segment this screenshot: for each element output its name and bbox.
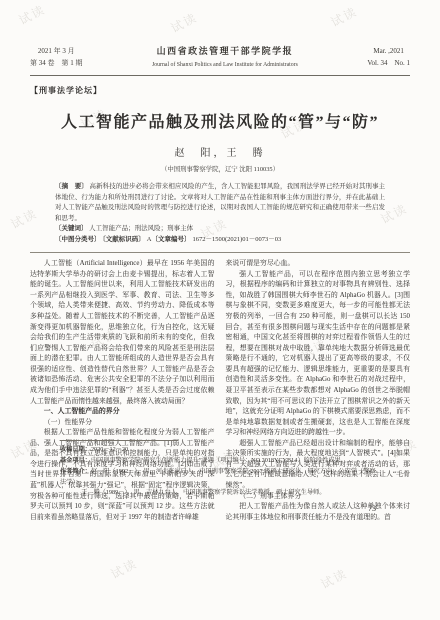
journal-name-block: 山西省政法管理干部学院学报 Journal of Shanxi Politics… — [152, 44, 298, 71]
paragraph-strong-ai: 强人工智能产品，可以在程序范围内独立思考独立学习，根据程序的编码和计算独立的对事… — [226, 270, 411, 439]
journal-title-cn: 山西省政法管理干部学院学报 — [152, 44, 298, 59]
footnotes: 收稿日期：2020－12－20 基金项目：中国刑事警察学院“研究生创新能力提升”… — [60, 440, 380, 499]
watermark-stamp: 试读 — [168, 8, 201, 36]
heading-section-1: 一、人工智能产品的界分 — [30, 407, 215, 418]
authors: 赵 阳，王 腾 — [30, 144, 410, 159]
section-tag: 【刑事法学论坛】 — [30, 85, 410, 96]
keywords-label: 〔关键词〕 — [55, 225, 88, 232]
watermark-stamp: 试读 — [108, 554, 141, 582]
author-bio-1: 赵 阳（1992－），男，河北张家口人，中国刑事警察学院 2017 级硕士研究生… — [60, 468, 376, 486]
author-bio-label: 作者简介： — [60, 468, 91, 475]
abstract-block: 〔摘 要〕 高新科技的进步必将会带来相应风险的产生，含人工智能犯罪风险，我国刑法… — [55, 182, 385, 245]
abstract-text: 高新科技的进步必将会带来相应风险的产生，含人工智能犯罪风险，我国刑法学界已经开始… — [55, 183, 385, 222]
received-date-value: 2020－12－20 — [91, 446, 128, 453]
article-title: 人工智能产品触及刑法风险的“管”与“防” — [30, 109, 410, 132]
heading-subsection-1: （一）性能界分 — [30, 418, 215, 429]
fund-project-label: 基金项目： — [60, 457, 91, 464]
abstract-label: 〔摘 要〕 — [55, 183, 88, 190]
paragraph-continuation: 来说可谓是穷尽心血。 — [226, 259, 411, 270]
article-id-value: 1672－1500(2021)01－0073－03 — [192, 236, 281, 243]
author-bio-2: 王 腾（1989－），男，吉林九台人，中国刑事警察学院诉讼法学教授，硕士研究生导… — [81, 489, 325, 496]
publish-date-en: Mar. ,2021 — [367, 46, 410, 58]
received-date-label: 收稿日期： — [60, 446, 91, 453]
header-issue-en: Mar. ,2021 Vol. 34 No. 1 — [367, 46, 410, 70]
paragraph-intro: 人工智能（Artificial Intelligence）最早在 1956 年美… — [30, 259, 215, 407]
volume-issue-en: Vol. 34 No. 1 — [367, 58, 410, 70]
affiliation: （中国刑事警察学院，辽宁 沈阳 110035） — [30, 164, 410, 173]
journal-title-en: Journal of Shanxi Politics and Law Insti… — [152, 61, 298, 71]
abstract-paragraph: 〔摘 要〕 高新科技的进步必将会带来相应风险的产生，含人工智能犯罪风险，我国刑法… — [55, 182, 385, 224]
abstract-divider — [30, 252, 410, 253]
publish-date-cn: 2021 年 3 月 — [30, 46, 83, 58]
keywords-line: 〔关键词〕 人工智能产品；刑法风险；刑事主体 — [55, 224, 385, 235]
volume-issue-cn: 第 34 卷 第 1 期 — [30, 58, 83, 70]
author-bio-line-2: 王 腾（1989－），男，吉林九台人，中国刑事警察学院诉讼法学教授，硕士研究生导… — [60, 488, 380, 499]
paragraph-criminal-subject: 把人工智能产品性为像自然人或法人这种单独个体来讨论其刑事主体地位和刑事责任能力不… — [226, 502, 411, 523]
watermark-stamp: 试读 — [318, 564, 351, 592]
watermark-stamp: 试读 — [16, 0, 49, 28]
page-number: 73 — [368, 504, 376, 513]
clc-label: 〔中图分类号〕 — [55, 236, 101, 243]
classification-line: 〔中图分类号〕〔文献标识码〕A〔文章编号〕1672－1500(2021)01－0… — [55, 235, 385, 246]
keywords-text: 人工智能产品；刑法风险；刑事主体 — [89, 225, 193, 232]
footnote-divider — [60, 440, 178, 441]
journal-header: 2021 年 3 月 第 34 卷 第 1 期 山西省政法管理干部学院学报 Jo… — [30, 44, 410, 76]
article-id-label: 〔文章编号〕 — [151, 236, 190, 243]
received-date-line: 收稿日期：2020－12－20 — [60, 445, 380, 456]
fund-project-line: 基金项目：中国刑事警察学院“研究生创新能力提升”课题（项目编号：NO.2018Y… — [60, 456, 380, 467]
fund-project-value: 中国刑事警察学院“研究生创新能力提升”课题（项目编号：NO.2018YCYB14… — [91, 457, 347, 464]
watermark-stamp: 试读 — [328, 2, 361, 30]
journal-page: 试读 试读 试读 试读 试读 试读 试读 试读 试读 试读 试读 试读 试读 试… — [0, 0, 440, 620]
doc-code-label: 〔文献标识码〕 — [103, 236, 145, 243]
author-bio-line-1: 作者简介：赵 阳（1992－），男，河北张家口人，中国刑事警察学院 2017 级… — [60, 467, 380, 489]
header-issue-cn: 2021 年 3 月 第 34 卷 第 1 期 — [30, 46, 83, 70]
